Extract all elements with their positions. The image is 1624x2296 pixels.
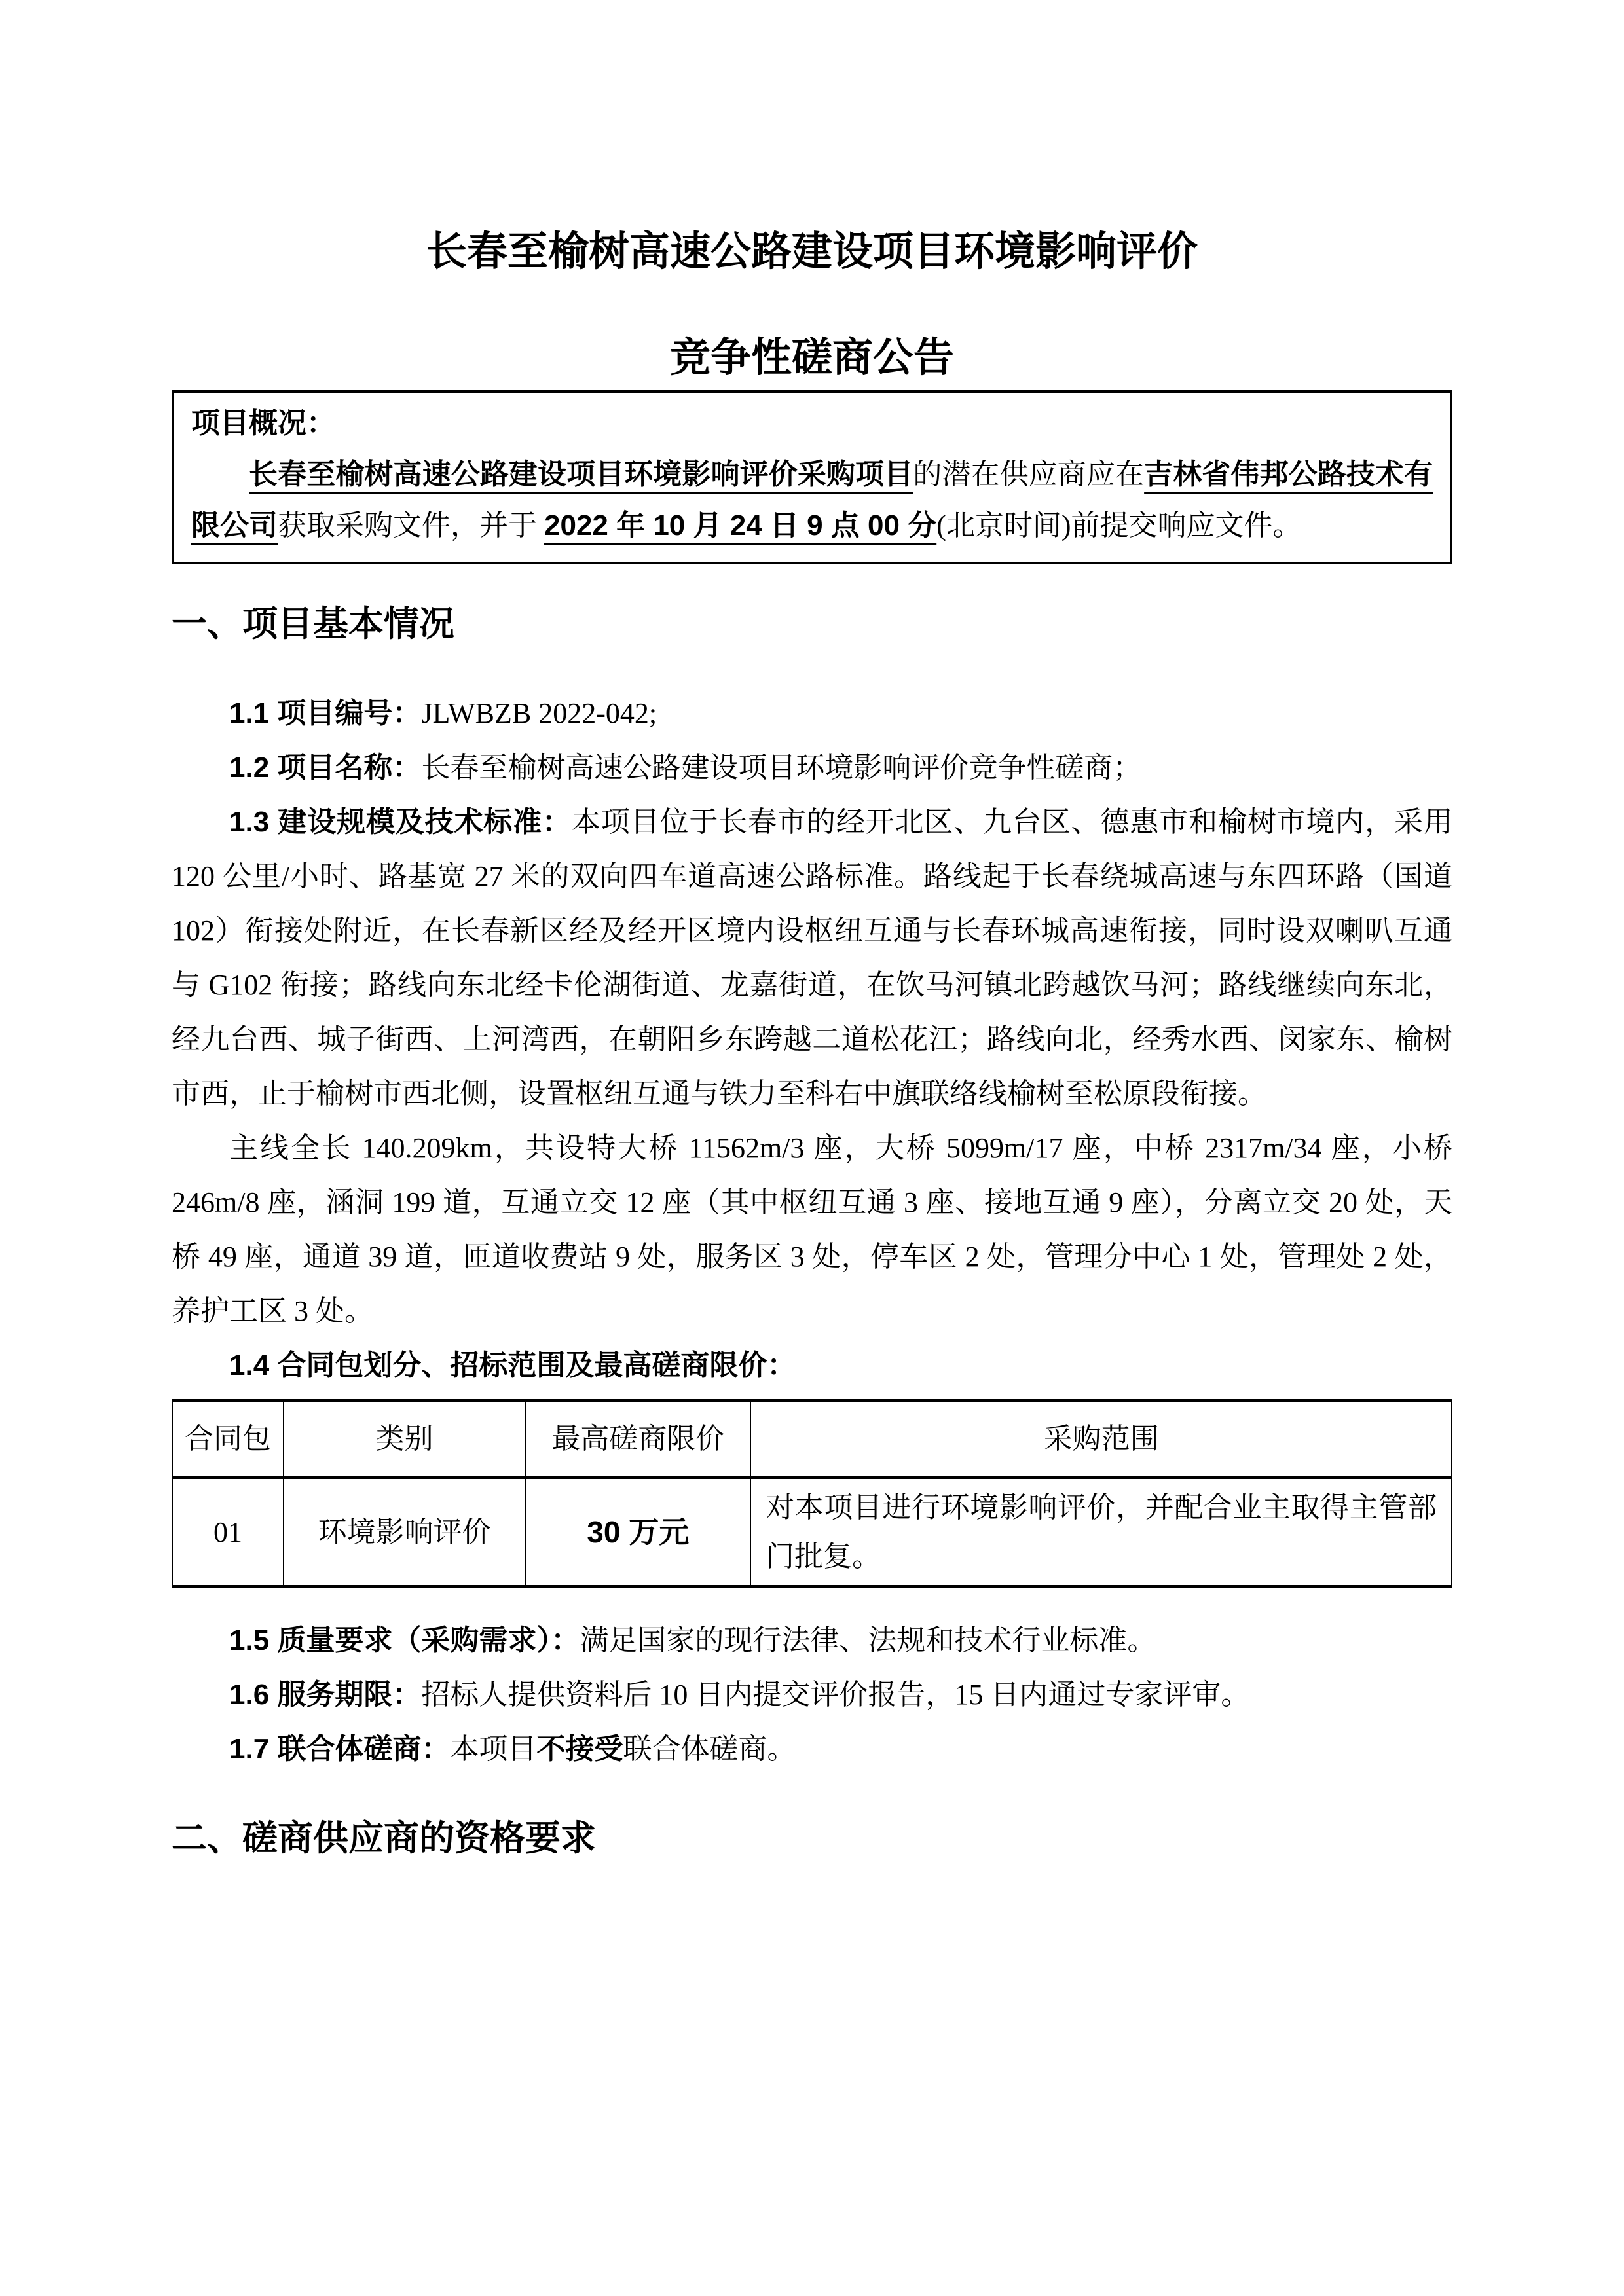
table-row: 01 环境影响评价 30 万元 对本项目进行环境影响评价，并配合业主取得主管部门… (172, 1478, 1452, 1587)
table-header-scope: 采购范围 (750, 1401, 1452, 1478)
item-1-7-emphasis: 不接受 (536, 1733, 623, 1765)
overview-paragraph: 长春至榆树高速公路建设项目环境影响评价采购项目的潜在供应商应在吉林省伟邦公路技术… (191, 449, 1433, 551)
item-1-5: 1.5 质量要求（采购需求）：满足国家的现行法律、法规和技术行业标准。 (172, 1613, 1452, 1667)
contract-package-table: 合同包 类别 最高磋商限价 采购范围 01 环境影响评价 30 万元 对本项目进… (172, 1399, 1452, 1588)
item-1-7-post: 联合体磋商。 (623, 1733, 796, 1765)
item-1-3-label: 1.3 建设规模及技术标准： (229, 806, 572, 838)
overview-label: 项目概况： (191, 407, 335, 439)
table-header-price-limit: 最高磋商限价 (525, 1401, 750, 1478)
item-1-6-label: 1.6 服务期限： (229, 1679, 421, 1711)
item-1-5-value: 满足国家的现行法律、法规和技术行业标准。 (580, 1624, 1156, 1656)
overview-text-tail: (北京时间)前提交响应文件。 (936, 509, 1301, 541)
table-header-package: 合同包 (172, 1401, 284, 1478)
item-1-6: 1.6 服务期限：招标人提供资料后 10 日内提交评价报告，15 日内通过专家评… (172, 1667, 1452, 1722)
overview-text-mid1: 的潜在供应商应在 (913, 458, 1144, 490)
item-1-2-value: 长春至榆树高速公路建设项目环境影响评价竞争性磋商； (421, 752, 1141, 784)
document-title-line1: 长春至榆树高速公路建设项目环境影响评价 (172, 228, 1452, 276)
overview-deadline: 2022 年 10 月 24 日 9 点 00 分 (544, 509, 936, 541)
item-1-2-label: 1.2 项目名称： (229, 752, 421, 784)
item-1-7-label: 1.7 联合体磋商： (229, 1733, 450, 1765)
item-1-7-pre: 本项目 (450, 1733, 536, 1765)
item-1-1: 1.1 项目编号：JLWBZB 2022-042; (172, 686, 1452, 740)
table-cell-category: 环境影响评价 (284, 1478, 525, 1587)
section1-heading: 一、项目基本情况 (172, 604, 1452, 644)
document-title-line2: 竞争性磋商公告 (172, 334, 1452, 382)
item-1-3-value: 本项目位于长春市的经开北区、九台区、德惠市和榆树市境内，采用 120 公里/小时… (172, 806, 1452, 1110)
item-1-4-label: 1.4 合同包划分、招标范围及最高磋商限价： (229, 1349, 796, 1381)
item-1-4: 1.4 合同包划分、招标范围及最高磋商限价： (172, 1338, 1452, 1393)
item-1-3: 1.3 建设规模及技术标准：本项目位于长春市的经开北区、九台区、德惠市和榆树市境… (172, 795, 1452, 1121)
mainline-paragraph: 主线全长 140.209km，共设特大桥 11562m/3 座，大桥 5099m… (172, 1121, 1452, 1338)
table-header-row: 合同包 类别 最高磋商限价 采购范围 (172, 1401, 1452, 1478)
item-1-2: 1.2 项目名称：长春至榆树高速公路建设项目环境影响评价竞争性磋商； (172, 740, 1452, 795)
item-1-1-label: 1.1 项目编号： (229, 697, 421, 729)
overview-text-mid2: 获取采购文件，并于 (278, 509, 544, 541)
table-cell-price-limit: 30 万元 (525, 1478, 750, 1587)
overview-project-name: 长春至榆树高速公路建设项目环境影响评价采购项目 (249, 458, 913, 490)
project-overview-box: 项目概况： 长春至榆树高速公路建设项目环境影响评价采购项目的潜在供应商应在吉林省… (172, 390, 1452, 564)
table-cell-package-id: 01 (172, 1478, 284, 1587)
item-1-1-value: JLWBZB 2022-042; (421, 697, 657, 729)
overview-heading: 项目概况： (191, 398, 1433, 449)
table-header-category: 类别 (284, 1401, 525, 1478)
item-1-6-value: 招标人提供资料后 10 日内提交评价报告，15 日内通过专家评审。 (421, 1679, 1249, 1711)
item-1-7: 1.7 联合体磋商：本项目不接受联合体磋商。 (172, 1722, 1452, 1776)
table-cell-scope: 对本项目进行环境影响评价，并配合业主取得主管部门批复。 (750, 1478, 1452, 1587)
document-page: 长春至榆树高速公路建设项目环境影响评价 竞争性磋商公告 项目概况： 长春至榆树高… (0, 0, 1624, 2296)
section2-heading: 二、磋商供应商的资格要求 (172, 1818, 1452, 1859)
item-1-5-label: 1.5 质量要求（采购需求）： (229, 1624, 580, 1656)
